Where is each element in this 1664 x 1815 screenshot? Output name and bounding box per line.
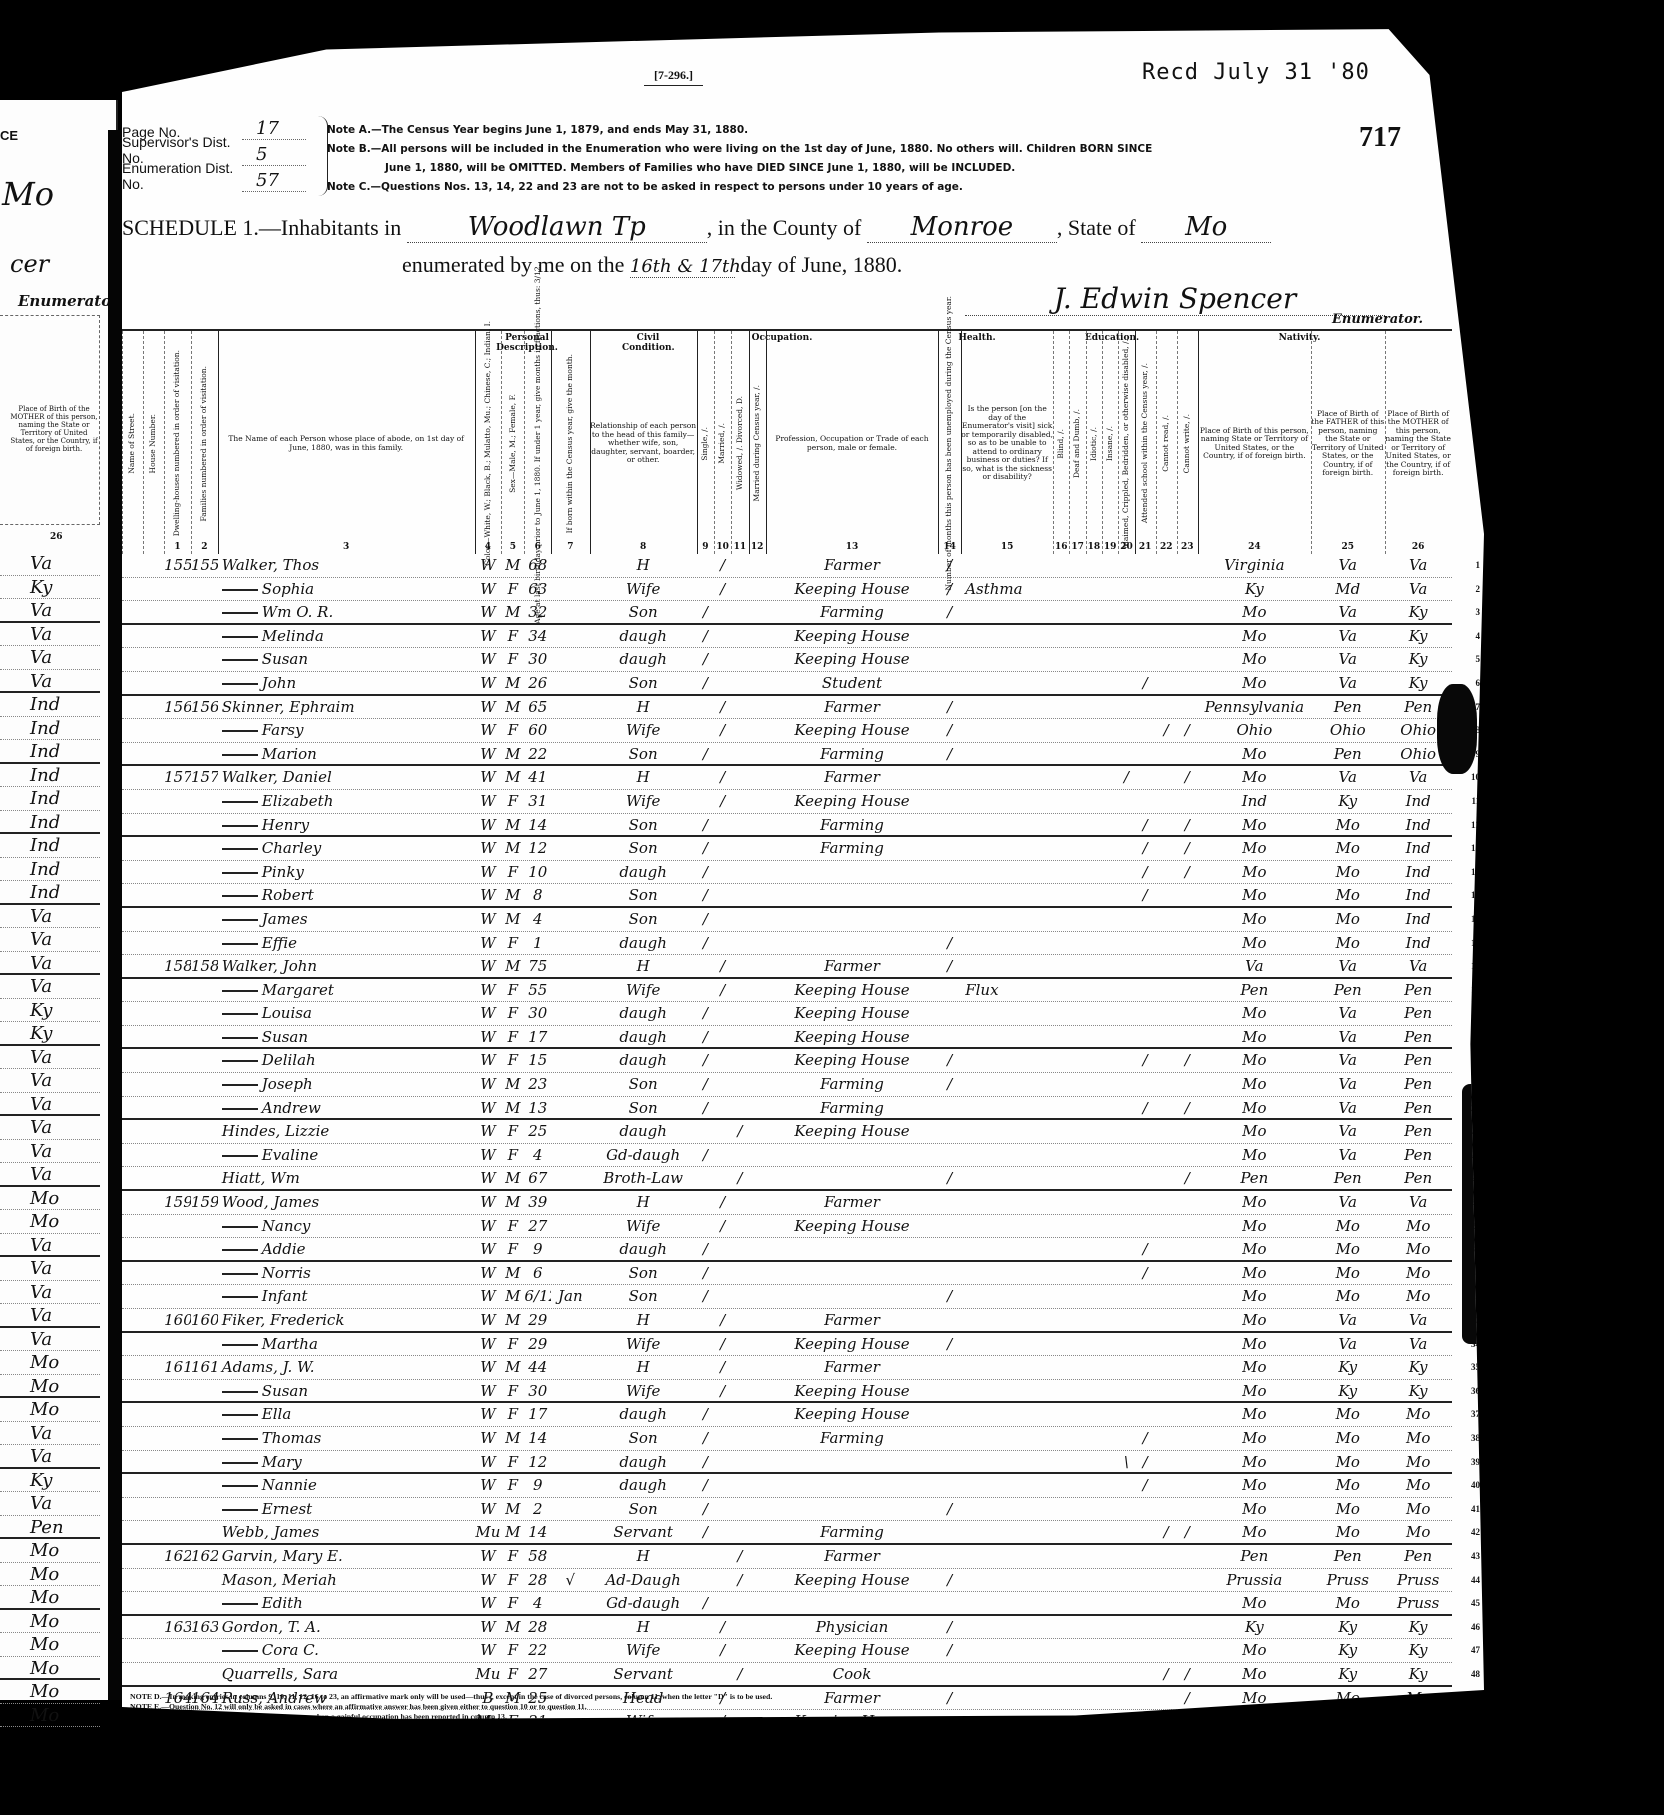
cell-sex: F xyxy=(501,1333,524,1356)
previous-page-row: Va xyxy=(0,1046,100,1070)
table-row: SusanWF30daugh/Keeping HouseMoVaKy5 xyxy=(122,648,1452,672)
cell-unemployed: / xyxy=(938,719,961,742)
cell-school xyxy=(1135,554,1156,577)
cell-maimed xyxy=(1118,861,1134,884)
cell-mother: Ky xyxy=(1385,601,1452,623)
cell-occupation: Keeping House xyxy=(766,625,938,648)
township-value: Woodlawn Tp xyxy=(407,212,707,243)
cell-read xyxy=(1156,743,1177,765)
cell-read: / xyxy=(1156,1521,1177,1543)
cell-single xyxy=(697,1569,714,1592)
cell-rel: Son xyxy=(590,1285,697,1308)
cell-single: / xyxy=(697,1097,714,1119)
cell-single: / xyxy=(697,1592,714,1614)
cell-month xyxy=(551,1167,589,1189)
cell-single xyxy=(697,1167,714,1189)
cell-deaf xyxy=(1069,1663,1085,1685)
cell-sex: F xyxy=(501,1026,524,1048)
cell-single: / xyxy=(697,743,714,765)
cell-idiotic xyxy=(1086,743,1102,765)
cell-read: / xyxy=(1156,1710,1177,1733)
cell-single xyxy=(697,1309,714,1331)
cell-sex: F xyxy=(501,932,524,955)
cell-father: Va xyxy=(1311,601,1385,623)
cell-mdcy xyxy=(749,1663,766,1685)
cell-family xyxy=(191,814,218,836)
cell-maimed xyxy=(1118,884,1134,906)
cell-widowed xyxy=(731,955,748,977)
cell-dwelling xyxy=(164,672,191,694)
cell-month xyxy=(551,1616,589,1639)
cell-widowed: / xyxy=(731,1569,748,1592)
column-divider xyxy=(731,331,732,554)
previous-page-row: Va xyxy=(0,1281,100,1305)
cell-school xyxy=(1135,1333,1156,1356)
cell-idiotic xyxy=(1086,1451,1102,1473)
enumeration-dist-label: Enumeration Dist. No. xyxy=(122,160,242,192)
cell-unemployed: / xyxy=(938,696,961,719)
cell-name: Cora C. xyxy=(218,1639,475,1662)
cell-married xyxy=(714,1120,731,1143)
cell-blind xyxy=(1053,814,1069,836)
cell-insane xyxy=(1102,1144,1118,1167)
cell-mdcy xyxy=(749,1545,766,1568)
cell-age: 60 xyxy=(524,719,551,742)
cell-rel: daugh xyxy=(590,1026,697,1048)
cell-sick xyxy=(961,1639,1053,1662)
cell-maimed xyxy=(1118,1498,1134,1521)
cell-age: 4 xyxy=(524,1592,551,1614)
column-header: Place of Birth of the MOTHER of this per… xyxy=(1385,351,1452,536)
cell-family: 161 xyxy=(191,1356,218,1379)
cell-write: / xyxy=(1177,1049,1198,1072)
cell-read xyxy=(1156,1073,1177,1096)
cell-sick xyxy=(961,884,1053,906)
cell-read xyxy=(1156,1451,1177,1473)
cell-pob: Mo xyxy=(1198,1474,1311,1497)
column-divider xyxy=(697,331,698,554)
cell-dwelling xyxy=(164,932,191,955)
column-header: Cannot read, /. xyxy=(1156,351,1177,536)
cell-blind xyxy=(1053,1569,1069,1592)
cell-mother: Ind xyxy=(1385,932,1452,955)
column-divider xyxy=(1135,331,1136,554)
cell-color: W xyxy=(475,1144,502,1167)
cell-insane xyxy=(1102,908,1118,931)
column-header-label: The Name of each Person whose place of a… xyxy=(218,435,475,452)
cell-mother: Mo xyxy=(1385,1474,1452,1497)
cell-single xyxy=(697,554,714,577)
cell-read xyxy=(1156,766,1177,789)
cell-write xyxy=(1177,1592,1198,1614)
table-row: ErnestWM2Son//MoMoMo41 xyxy=(122,1498,1452,1522)
enumeration-dist-value: 57 xyxy=(242,170,306,192)
table-row: LouisaWF30daugh/Keeping HouseMoVaPen20 xyxy=(122,1002,1452,1026)
cell-maimed xyxy=(1118,648,1134,671)
ink-stain xyxy=(1437,684,1477,774)
cell-month xyxy=(551,554,589,577)
cell-family: 162 xyxy=(191,1545,218,1568)
cell-occupation: Keeping House xyxy=(766,648,938,671)
cell-mdcy xyxy=(749,1191,766,1214)
cell-deaf xyxy=(1069,719,1085,742)
table-row: MaryWF12daugh/\/MoMoMo39 xyxy=(122,1451,1452,1475)
previous-page-row: Va xyxy=(0,1257,100,1281)
cell-read xyxy=(1156,648,1177,671)
cell-mdcy xyxy=(749,1120,766,1143)
previous-page-row: Va xyxy=(0,1069,100,1093)
cell-family xyxy=(191,1167,218,1189)
cell-blind xyxy=(1053,743,1069,765)
cell-insane xyxy=(1102,1002,1118,1025)
cell-occupation: Keeping House xyxy=(766,1215,938,1238)
table-row: MarthaWF29Wife/Keeping House/MoVaVa34 xyxy=(122,1333,1452,1357)
cell-single xyxy=(697,1215,714,1238)
cell-write xyxy=(1177,1285,1198,1308)
cell-married: / xyxy=(714,979,731,1002)
table-row: 162162Garvin, Mary E.WF58H/FarmerPenPenP… xyxy=(122,1545,1452,1569)
column-divider xyxy=(475,331,476,554)
cell-write xyxy=(1177,1333,1198,1356)
cell-widowed: / xyxy=(731,1663,748,1685)
cell-mdcy xyxy=(749,861,766,884)
cell-family xyxy=(191,1049,218,1072)
column-header: Blind, /. xyxy=(1053,351,1069,536)
table-row: FarsyWF60Wife/Keeping House///OhioOhioOh… xyxy=(122,719,1452,743)
previous-page-row: Va xyxy=(0,552,100,576)
cell-read xyxy=(1156,908,1177,931)
cell-color: W xyxy=(475,1073,502,1096)
cell-father: Va xyxy=(1311,648,1385,671)
cell-color: W xyxy=(475,979,502,1002)
cell-maimed xyxy=(1118,696,1134,719)
cell-idiotic xyxy=(1086,1002,1102,1025)
cell-sick xyxy=(961,1097,1053,1119)
previous-page-row: Mo xyxy=(0,1351,100,1375)
cell-married xyxy=(714,1569,731,1592)
cell-age: 14 xyxy=(524,1521,551,1543)
cell-write: / xyxy=(1177,837,1198,860)
cell-age: 32 xyxy=(524,601,551,623)
cell-father: Ky xyxy=(1311,1710,1385,1733)
cell-blind xyxy=(1053,979,1069,1002)
cell-father: Va xyxy=(1311,766,1385,789)
previous-page-row: Mo xyxy=(0,1187,100,1211)
cell-blind xyxy=(1053,601,1069,623)
cell-dwelling xyxy=(164,1285,191,1308)
cell-color: W xyxy=(475,1427,502,1450)
column-header: House Number. xyxy=(143,351,164,536)
cell-rel: Son xyxy=(590,814,697,836)
previous-page-column-number: 26 xyxy=(50,532,63,542)
line-number: 44 xyxy=(1471,1569,1480,1592)
cell-mother: Pruss xyxy=(1385,1569,1452,1592)
cell-occupation: Student xyxy=(766,672,938,694)
cell-sick xyxy=(961,743,1053,765)
cell-family xyxy=(191,1521,218,1543)
cell-age: 29 xyxy=(524,1333,551,1356)
cell-father: Pen xyxy=(1311,696,1385,719)
cell-pob: Mo xyxy=(1198,1120,1311,1143)
cell-write xyxy=(1177,1427,1198,1450)
cell-married xyxy=(714,1403,731,1426)
cell-maimed xyxy=(1118,955,1134,977)
cell-married: / xyxy=(714,766,731,789)
cell-father: Va xyxy=(1311,1191,1385,1214)
cell-deaf xyxy=(1069,1403,1085,1426)
column-header-label: Color—White, W.; Black, B.; Mulatto, Mu.… xyxy=(484,321,493,566)
cell-mother: Mo xyxy=(1385,1238,1452,1260)
table-row: EvalineWF4Gd-daugh/MoVaPen26 xyxy=(122,1144,1452,1168)
cell-deaf xyxy=(1069,1262,1085,1285)
column-divider xyxy=(143,331,144,554)
cell-read xyxy=(1156,554,1177,577)
cell-pob: Mo xyxy=(1198,1238,1311,1260)
cell-color: W xyxy=(475,1616,502,1639)
cell-single: / xyxy=(697,1285,714,1308)
cell-mother: Ky xyxy=(1385,1356,1452,1379)
cell-rel: Wife xyxy=(590,1333,697,1356)
cell-month xyxy=(551,884,589,906)
cell-school xyxy=(1135,979,1156,1002)
group-occupation: Occupation. xyxy=(692,333,872,343)
cell-insane xyxy=(1102,1710,1118,1733)
cell-father: Pen xyxy=(1311,1545,1385,1568)
cell-family xyxy=(191,979,218,1002)
line-number: 15 xyxy=(1471,884,1480,907)
cell-idiotic xyxy=(1086,955,1102,977)
cell-single: / xyxy=(697,1262,714,1285)
cell-single: / xyxy=(697,1474,714,1497)
cell-sick xyxy=(961,1191,1053,1214)
cell-mother: Pen xyxy=(1385,1120,1452,1143)
cell-dwelling xyxy=(164,1474,191,1497)
cell-pob: Mo xyxy=(1198,625,1311,648)
cell-father: Mo xyxy=(1311,1238,1385,1260)
cell-idiotic xyxy=(1086,1167,1102,1189)
cell-sex: F xyxy=(501,1238,524,1260)
column-header: Color—White, W.; Black, B.; Mulatto, Mu.… xyxy=(475,351,502,536)
cell-sex: F xyxy=(501,719,524,742)
cell-unemployed xyxy=(938,1403,961,1426)
cell-age: 44 xyxy=(524,1356,551,1379)
cell-married xyxy=(714,1451,731,1473)
cell-sex: F xyxy=(501,1380,524,1402)
table-row: SophiaWF63Wife/Keeping House/AsthmaKyMdV… xyxy=(122,578,1452,602)
table-row: 163163Gordon, T. A.WM28H/Physician/KyKyK… xyxy=(122,1616,1452,1640)
cell-dwelling: 162 xyxy=(164,1545,191,1568)
column-header-label: Attended school within the Census year, … xyxy=(1141,363,1150,523)
cell-insane xyxy=(1102,837,1118,860)
cell-pob: Mo xyxy=(1198,884,1311,906)
cell-read xyxy=(1156,790,1177,813)
cell-school xyxy=(1135,696,1156,719)
cell-idiotic xyxy=(1086,814,1102,836)
cell-read xyxy=(1156,696,1177,719)
cell-insane xyxy=(1102,1097,1118,1119)
cell-deaf xyxy=(1069,743,1085,765)
cell-family xyxy=(191,1026,218,1048)
column-header-label: Sex—Male, M.; Female, F. xyxy=(509,394,518,493)
cell-school xyxy=(1135,1309,1156,1331)
cell-school xyxy=(1135,648,1156,671)
district-info: Page No. 17 Supervisor's Dist. No. 5 Enu… xyxy=(122,114,322,192)
cell-maimed xyxy=(1118,1333,1134,1356)
column-number: 14 xyxy=(938,542,961,552)
cell-mdcy xyxy=(749,672,766,694)
cell-occupation: Farming xyxy=(766,601,938,623)
column-header: Place of Birth of the FATHER of this per… xyxy=(1311,351,1385,536)
previous-page-corner-text: CE xyxy=(0,128,18,143)
cell-unemployed: / xyxy=(938,1167,961,1189)
cell-unemployed xyxy=(938,1120,961,1143)
cell-maimed xyxy=(1118,814,1134,836)
cell-rel: Gd-daugh xyxy=(590,1144,697,1167)
line-number: 4 xyxy=(1476,625,1481,648)
cell-dwelling xyxy=(164,1403,191,1426)
cell-blind xyxy=(1053,1639,1069,1662)
cell-sex: M xyxy=(501,1616,524,1639)
cell-write xyxy=(1177,1026,1198,1048)
cell-month xyxy=(551,1238,589,1260)
cell-sex: F xyxy=(501,1569,524,1592)
cell-dwelling xyxy=(164,1663,191,1685)
column-header-label: Single, /. xyxy=(701,427,710,461)
cell-name: Susan xyxy=(218,1026,475,1048)
column-number: 26 xyxy=(1385,542,1452,552)
cell-family xyxy=(191,1403,218,1426)
cell-idiotic xyxy=(1086,578,1102,601)
cell-maimed xyxy=(1118,790,1134,813)
cell-insane xyxy=(1102,1403,1118,1426)
cell-school xyxy=(1135,1592,1156,1614)
cell-rel: daugh xyxy=(590,1403,697,1426)
cell-married xyxy=(714,672,731,694)
cell-widowed xyxy=(731,1521,748,1543)
cell-single xyxy=(697,766,714,789)
cell-write xyxy=(1177,1616,1198,1639)
cell-dwelling: 156 xyxy=(164,696,191,719)
cell-sex: M xyxy=(501,908,524,931)
cell-read xyxy=(1156,1144,1177,1167)
cell-school xyxy=(1135,1002,1156,1025)
cell-idiotic xyxy=(1086,1049,1102,1072)
cell-sick xyxy=(961,1403,1053,1426)
cell-widowed: / xyxy=(731,1545,748,1568)
cell-age: 9 xyxy=(524,1238,551,1260)
cell-school xyxy=(1135,1144,1156,1167)
cell-rel: Son xyxy=(590,1427,697,1450)
cell-sex: M xyxy=(501,1073,524,1096)
table-row: Wm O. R.WM32Son/Farming/MoVaKy3 xyxy=(122,601,1452,625)
cell-read xyxy=(1156,837,1177,860)
previous-page-row: Va xyxy=(0,975,100,999)
column-divider xyxy=(749,331,750,554)
cell-read xyxy=(1156,1592,1177,1614)
cell-school xyxy=(1135,766,1156,789)
cell-name: Webb, James xyxy=(218,1521,475,1543)
cell-idiotic xyxy=(1086,672,1102,694)
cell-month xyxy=(551,1144,589,1167)
cell-rel: Servant xyxy=(590,1521,697,1543)
column-divider xyxy=(590,331,591,554)
cell-occupation xyxy=(766,1498,938,1521)
cell-mdcy xyxy=(749,766,766,789)
cell-mdcy xyxy=(749,1285,766,1308)
enumeration-date-line: enumerated by me on the 16th & 17th day … xyxy=(402,252,902,278)
cell-school xyxy=(1135,1687,1156,1710)
cell-unemployed xyxy=(938,1097,961,1119)
cell-read xyxy=(1156,1167,1177,1189)
cell-idiotic xyxy=(1086,1521,1102,1543)
cell-sex: M xyxy=(501,1521,524,1543)
cell-color: W xyxy=(475,1002,502,1025)
line-number: 45 xyxy=(1471,1592,1480,1615)
cell-rel: Wife xyxy=(590,719,697,742)
column-number: 22 xyxy=(1156,542,1177,552)
cell-mother: Ind xyxy=(1385,814,1452,836)
cell-deaf xyxy=(1069,1451,1085,1473)
cell-name: Thomas xyxy=(218,1427,475,1450)
cell-sick xyxy=(961,648,1053,671)
cell-rel: Son xyxy=(590,1097,697,1119)
cell-write xyxy=(1177,1215,1198,1238)
group-nativity: Nativity. xyxy=(1152,333,1447,343)
cell-rel: H xyxy=(590,1191,697,1214)
cell-age: 28 xyxy=(524,1569,551,1592)
cell-unemployed xyxy=(938,1474,961,1497)
cell-name: James xyxy=(218,908,475,931)
cell-blind xyxy=(1053,1356,1069,1379)
cell-single xyxy=(697,1616,714,1639)
cell-insane xyxy=(1102,1049,1118,1072)
cell-insane xyxy=(1102,696,1118,719)
cell-family xyxy=(191,1663,218,1685)
previous-page-row: Va xyxy=(0,1304,100,1328)
cell-pob: Mo xyxy=(1198,648,1311,671)
cell-school: / xyxy=(1135,1474,1156,1497)
cell-insane xyxy=(1102,672,1118,694)
cell-blind xyxy=(1053,1403,1069,1426)
cell-sex: M xyxy=(501,672,524,694)
cell-color: W xyxy=(475,672,502,694)
cell-month: Jan xyxy=(551,1285,589,1308)
cell-deaf xyxy=(1069,1710,1085,1733)
previous-page-row: Ind xyxy=(0,811,100,835)
cell-family xyxy=(191,648,218,671)
cell-mdcy xyxy=(749,1049,766,1072)
cell-name: Wood, James xyxy=(218,1191,475,1214)
cell-read xyxy=(1156,1474,1177,1497)
cell-blind xyxy=(1053,861,1069,884)
cell-pob: Mo xyxy=(1198,1427,1311,1450)
cell-idiotic xyxy=(1086,554,1102,577)
enumerated-prefix: enumerated by me on the xyxy=(402,252,624,277)
table-row: 160160Fiker, FrederickWM29H/FarmerMoVaVa… xyxy=(122,1309,1452,1333)
cell-single: / xyxy=(697,1026,714,1048)
cell-single: / xyxy=(697,1002,714,1025)
cell-occupation: Farming xyxy=(766,837,938,860)
cell-insane xyxy=(1102,1569,1118,1592)
column-number: 10 xyxy=(714,542,731,552)
cell-family xyxy=(191,1285,218,1308)
column-divider xyxy=(191,331,192,554)
supervisor-dist-value: 5 xyxy=(242,144,306,166)
table-row: EdithWF4Gd-daugh/MoMoPruss45 xyxy=(122,1592,1452,1616)
cell-dwelling xyxy=(164,1238,191,1260)
cell-unemployed xyxy=(938,1026,961,1048)
cell-single: / xyxy=(697,814,714,836)
